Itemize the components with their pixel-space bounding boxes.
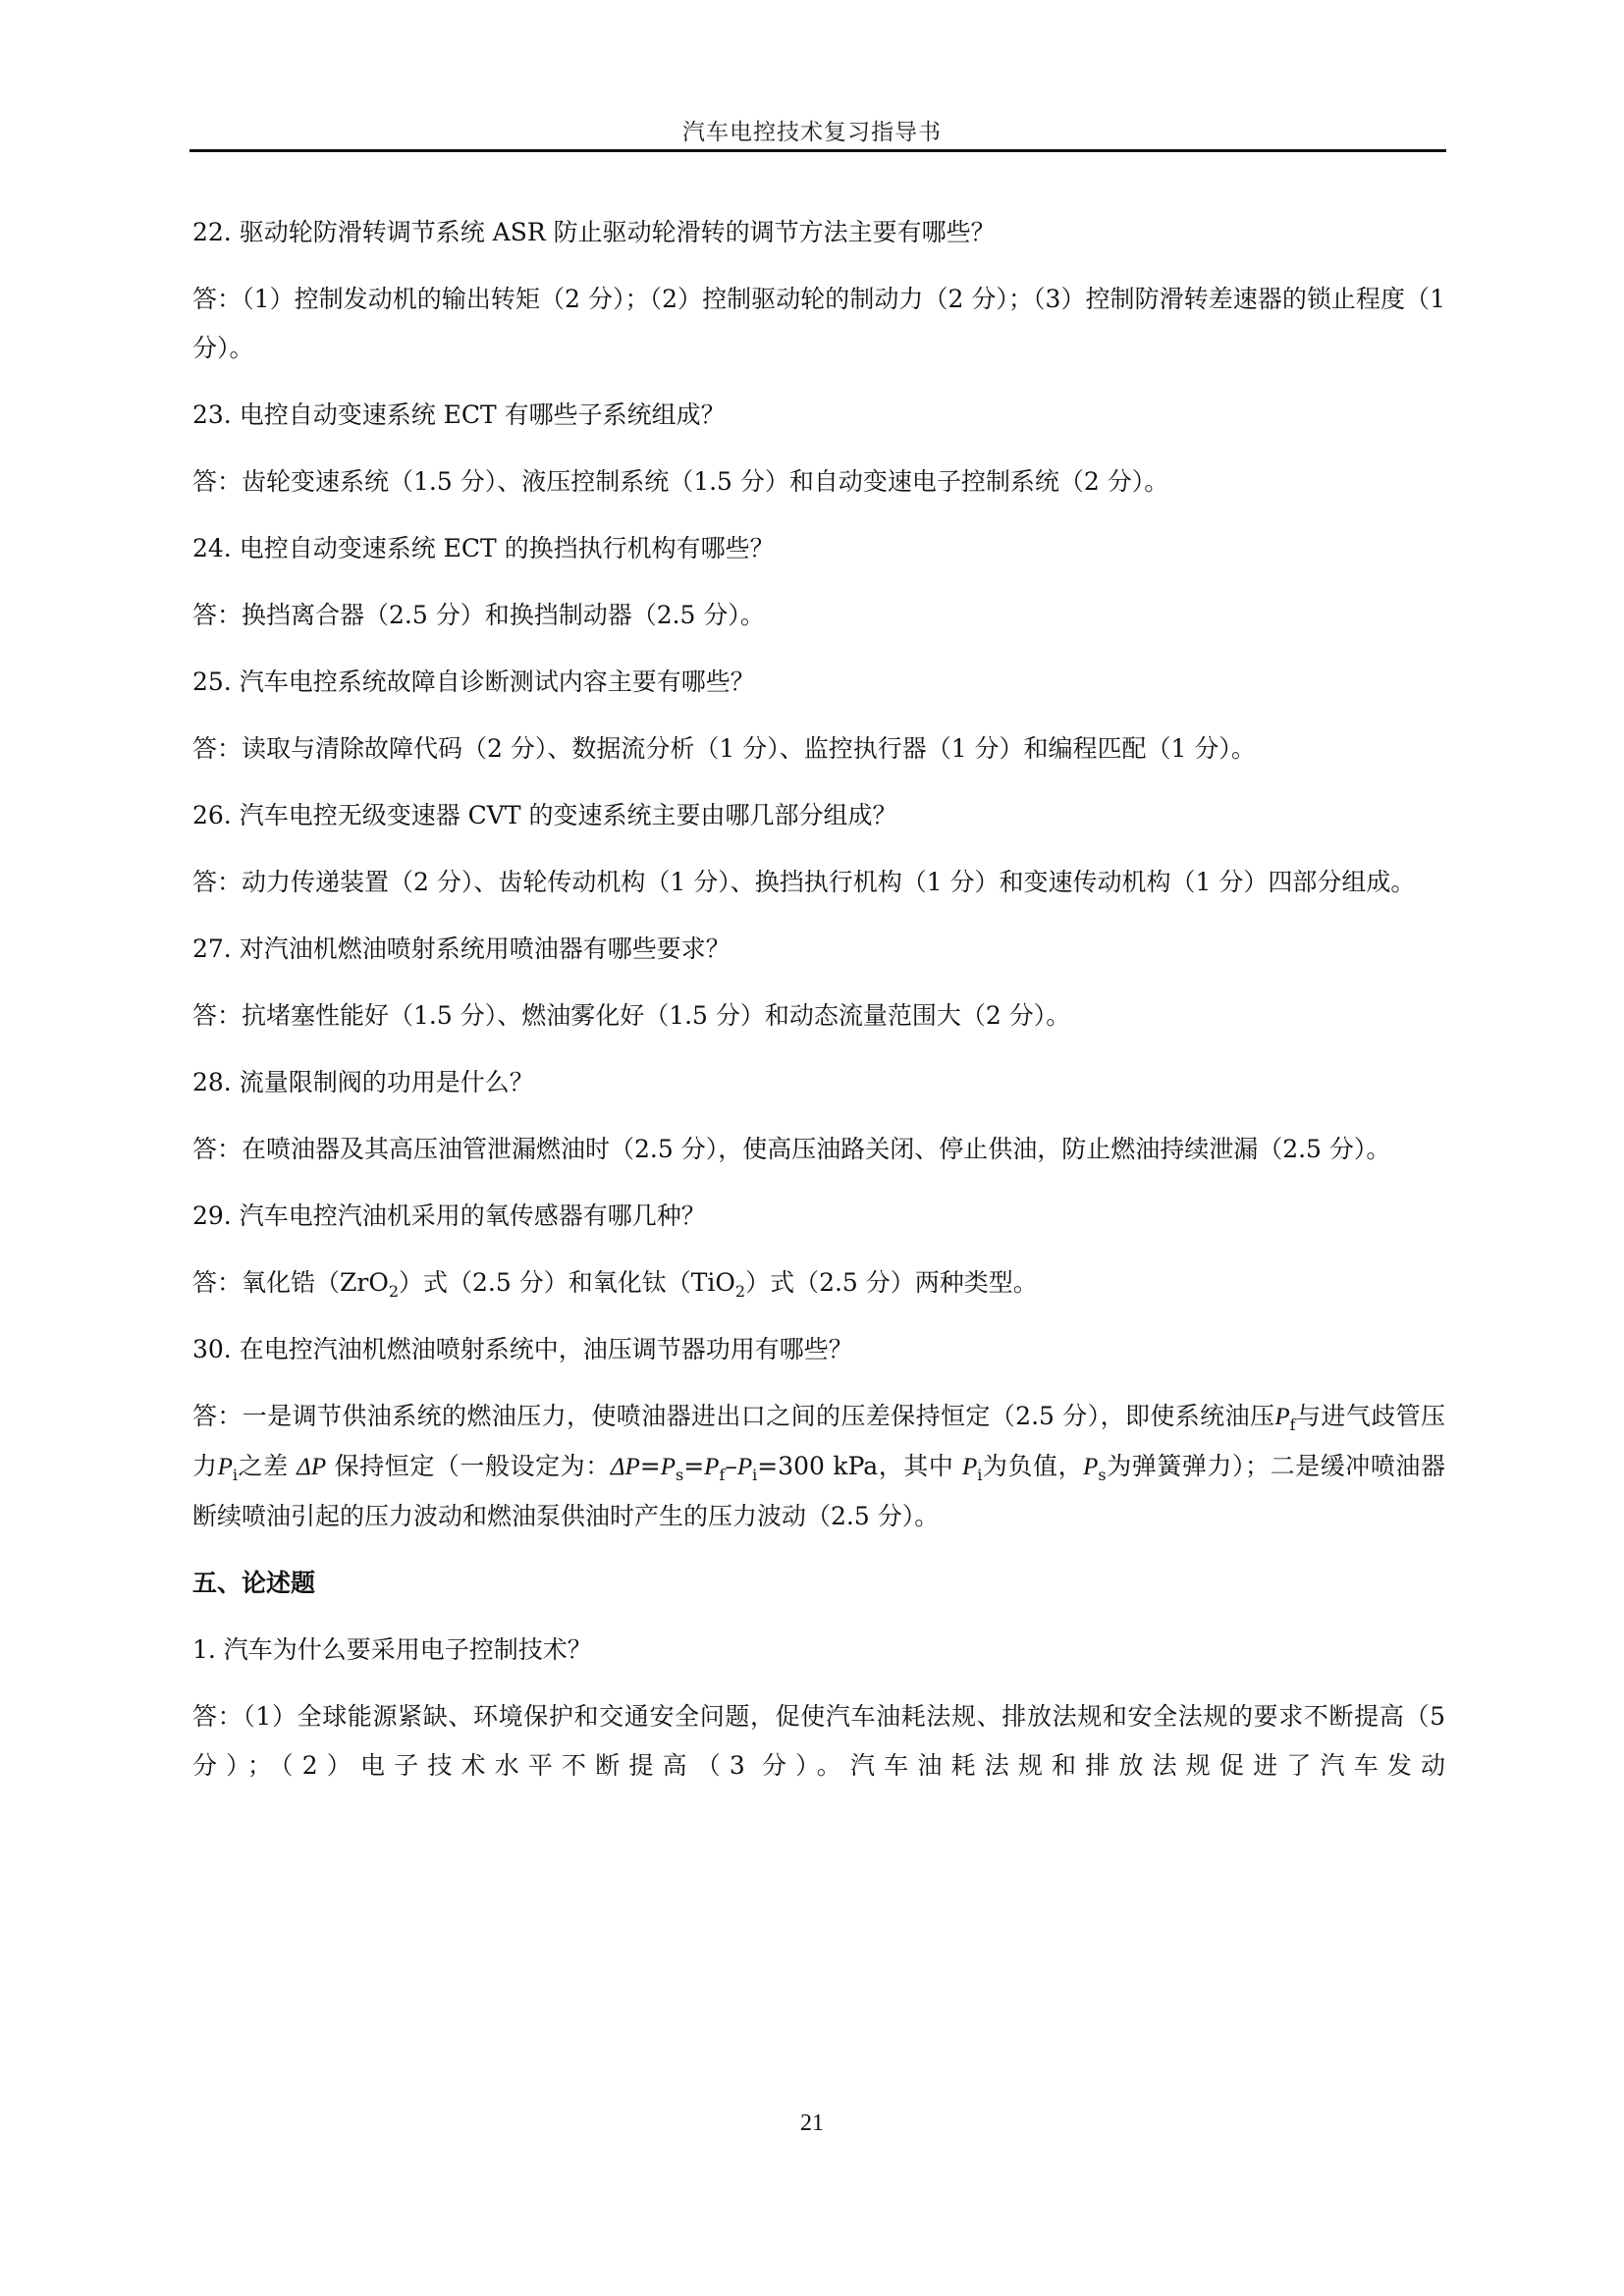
question-30: 30. 在电控汽油机燃油喷射系统中，油压调节器功用有哪些？ (192, 1325, 1445, 1374)
page-number: 21 (0, 2110, 1624, 2137)
page-body: 22. 驱动轮防滑转调节系统 ASR 防止驱动轮滑转的调节方法主要有哪些？ 答：… (192, 208, 1445, 1808)
essay-question-1: 1. 汽车为什么要采用电子控制技术？ (192, 1626, 1445, 1675)
answer-23: 答：齿轮变速系统（1.5 分）、液压控制系统（1.5 分）和自动变速电子控制系统… (192, 457, 1445, 507)
question-27: 27. 对汽油机燃油喷射系统用喷油器有哪些要求？ (192, 925, 1445, 974)
answer-27: 答：抗堵塞性能好（1.5 分）、燃油雾化好（1.5 分）和动态流量范围大（2 分… (192, 991, 1445, 1041)
answer-24: 答：换挡离合器（2.5 分）和换挡制动器（2.5 分）。 (192, 591, 1445, 640)
answer-25: 答：读取与清除故障代码（2 分）、数据流分析（1 分）、监控执行器（1 分）和编… (192, 724, 1445, 774)
question-29: 29. 汽车电控汽油机采用的氧传感器有哪几种？ (192, 1192, 1445, 1241)
section-heading: 五、论述题 (192, 1559, 1445, 1608)
header-divider (189, 149, 1446, 152)
answer-30: 答：一是调节供油系统的燃油压力，使喷油器进出口之间的压差保持恒定（2.5 分），… (192, 1392, 1445, 1541)
question-22: 22. 驱动轮防滑转调节系统 ASR 防止驱动轮滑转的调节方法主要有哪些？ (192, 208, 1445, 257)
answer-29: 答：氧化锆（ZrO2）式（2.5 分）和氧化钛（TiO2）式（2.5 分）两种类… (192, 1258, 1445, 1308)
question-28: 28. 流量限制阀的功用是什么？ (192, 1058, 1445, 1107)
answer-22: 答：（1）控制发动机的输出转矩（2 分）；（2）控制驱动轮的制动力（2 分）；（… (192, 275, 1445, 373)
answer-28: 答：在喷油器及其高压油管泄漏燃油时（2.5 分），使高压油路关闭、停止供油，防止… (192, 1125, 1445, 1174)
question-25: 25. 汽车电控系统故障自诊断测试内容主要有哪些？ (192, 658, 1445, 707)
answer-26: 答：动力传递装置（2 分）、齿轮传动机构（1 分）、换挡执行机构（1 分）和变速… (192, 858, 1445, 907)
question-23: 23. 电控自动变速系统 ECT 有哪些子系统组成？ (192, 391, 1445, 440)
question-26: 26. 汽车电控无级变速器 CVT 的变速系统主要由哪几部分组成？ (192, 791, 1445, 840)
running-header-title: 汽车电控技术复习指导书 (0, 114, 1624, 146)
essay-answer-1: 答：（1）全球能源紧缺、环境保护和交通安全问题，促使汽车油耗法规、排放法规和安全… (192, 1692, 1445, 1790)
question-24: 24. 电控自动变速系统 ECT 的换挡执行机构有哪些？ (192, 524, 1445, 573)
